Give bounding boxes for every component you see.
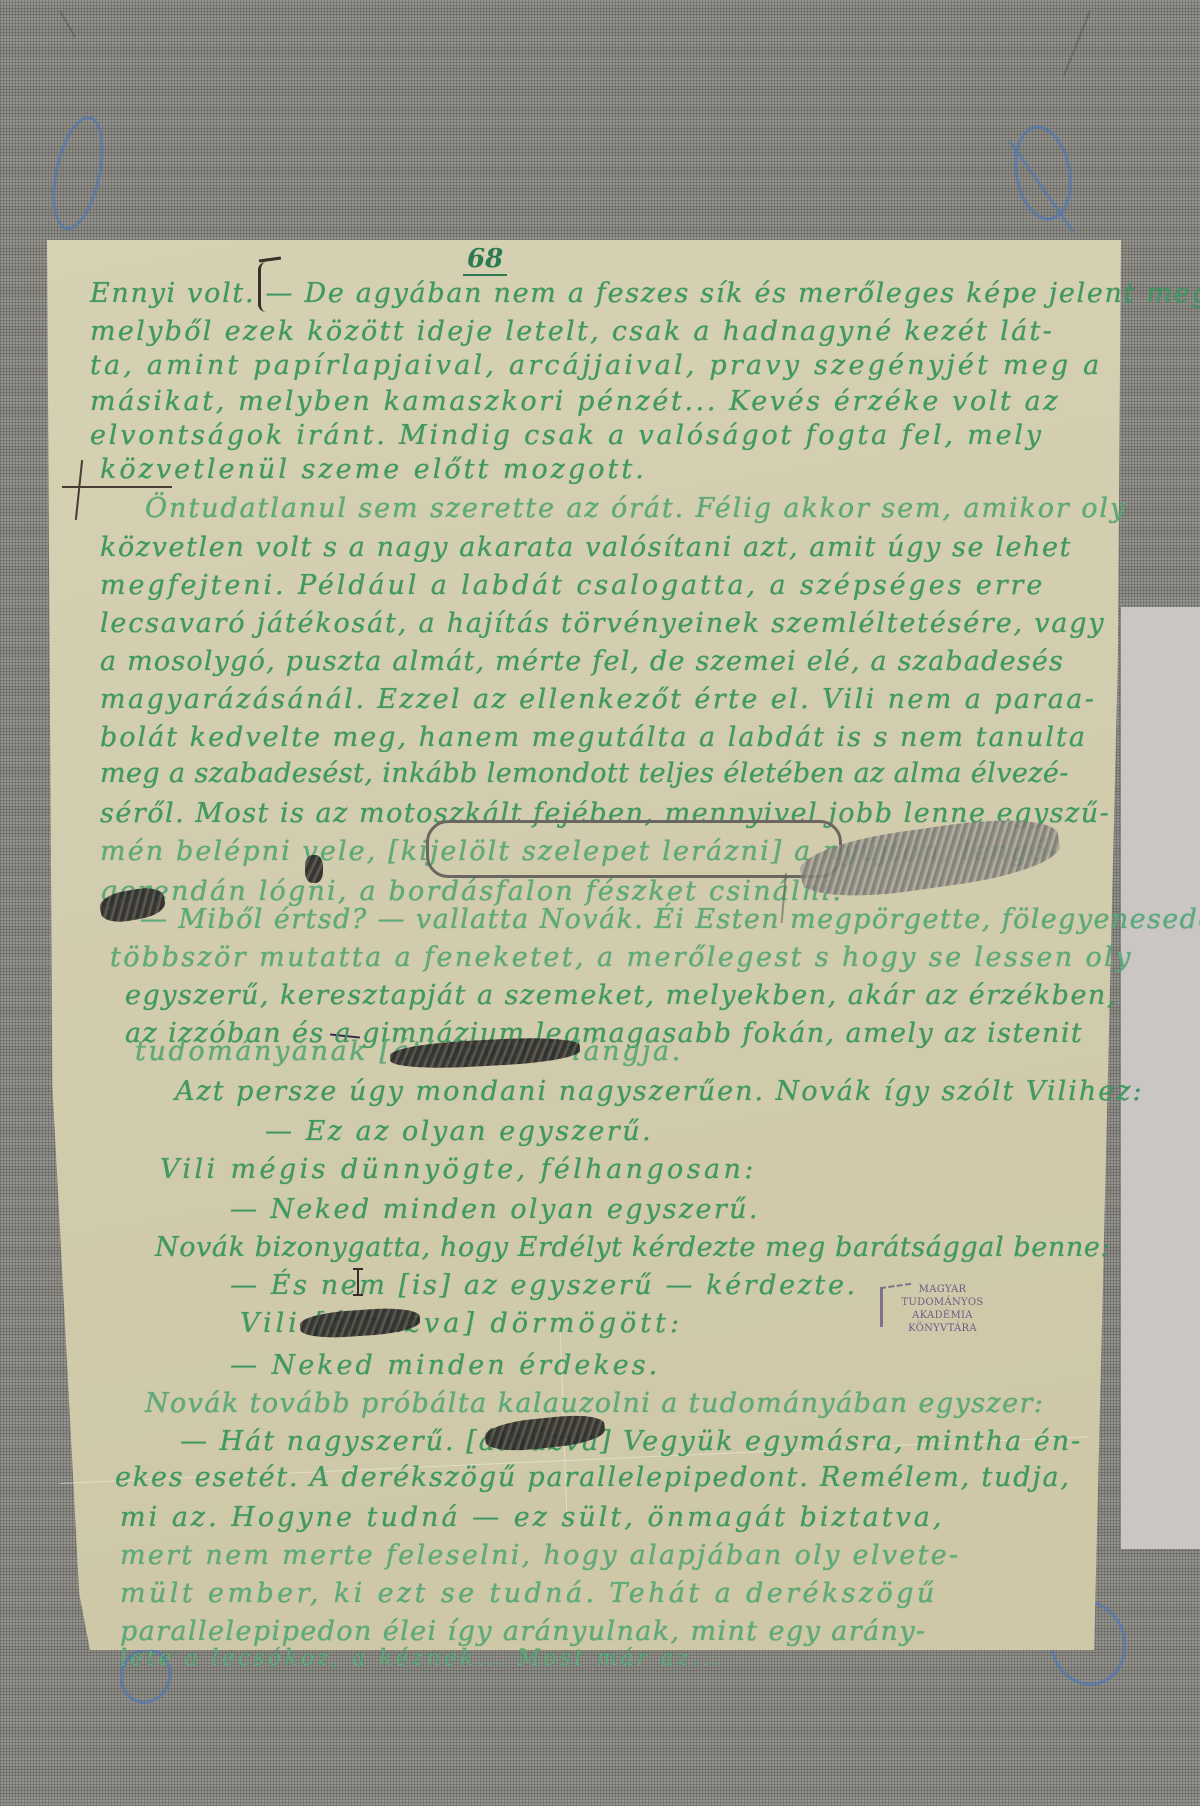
manuscript-line: — Neked minden olyan egyszerű. [230,1196,760,1223]
circled-phrase-mark [426,820,842,878]
manuscript-line: bolát kedvelte meg, hanem megutálta a la… [100,724,1087,751]
manuscript-line: közvetlenül szeme előtt mozgott. [100,456,647,483]
manuscript-line: — És nem [is] az egyszerű — kérdezte. [230,1272,858,1299]
manuscript-line: Azt persze úgy mondani nagyszerűen. Nová… [175,1078,1144,1105]
manuscript-line: Öntudatlanul sem szerette az órát. Félig… [145,495,1127,522]
manuscript-line: lecsavaró játékosát, a hajítás törvényei… [100,610,1105,637]
manuscript-line: másikat, melyben kamaszkori pénzét... Ke… [90,388,1060,415]
manuscript-line: lete a lecsókoz, a kéznek... Most már az… [120,1648,722,1670]
blue-pencil-mark [1007,121,1079,225]
stamp-line: TUDOMÁNYOS AKADÉMIA [880,1296,1005,1322]
manuscript-line: magyarázásánál. Ezzel az ellenkezőt érte… [100,686,1096,713]
manuscript-line: — Ez az olyan egyszerű. [265,1118,653,1145]
pencil-mark [1063,11,1091,77]
manuscript-line: Ennyi volt. — De agyában nem a feszes sí… [90,280,1200,307]
manuscript-line: ta, amint papírlapjaival, arcájjaival, p… [90,352,1102,379]
manuscript-line: — Miből értsd? — vallatta Novák. Éi Este… [140,906,1200,933]
manuscript-line: Novák bizonygatta, hogy Erdélyt kérdezte… [155,1234,1110,1261]
manuscript-line: parallelepipedon élei így arányulnak, mi… [120,1618,927,1645]
stamp-line: KÖNYVTÁRA [880,1322,1005,1335]
stamp-line: MAGYAR [880,1283,1005,1296]
manuscript-line: mi az. Hogyne tudná — ez sült, önmagát b… [120,1504,944,1531]
blue-pencil-mark [43,111,112,234]
manuscript-line: — Hát nagyszerű. [áthúzva] Vegyük egymás… [180,1428,1082,1455]
manuscript-line: mert nem merte feleselni, hogy alapjában… [120,1542,960,1569]
manuscript-line: Novák tovább próbálta kalauzolni a tudom… [145,1390,1044,1417]
library-stamp: MAGYAR TUDOMÁNYOS AKADÉMIA KÖNYVTÁRA [880,1283,1005,1325]
manuscript-line: mült ember, ki ezt se tudná. Tehát a der… [120,1580,938,1607]
manuscript-line: melyből ezek között ideje letelt, csak a… [90,318,1054,345]
manuscript-line: többször mutatta a feneketet, a merőlege… [110,944,1133,971]
manuscript-line: Vili mégis dünnyögte, félhangosan: [160,1156,757,1183]
manuscript-line: gerendán lógni, a bordásfalon fészket cs… [100,878,843,905]
page-number: 68 [463,244,507,276]
scribbled-out-text [305,855,323,883]
insertion-mark [353,1268,363,1296]
manuscript-line: egyszerű, keresztapját a szemeket, melye… [125,982,1117,1009]
pencil-mark [59,11,76,38]
manuscript-line: megfejteni. Például a labdát csalogatta,… [100,572,1045,599]
manuscript-line: meg a szabadesést, inkább lemondott telj… [100,760,1069,787]
manuscript-line: ekes esetét. A derékszögű parallelepiped… [115,1464,1071,1491]
manuscript-line: közvetlen volt s a nagy akarata valósíta… [100,534,1072,561]
manuscript-line: a mosolygó, puszta almát, mérte fel, de … [100,648,1064,675]
manuscript-line: elvontságok iránt. Mindig csak a valóság… [90,422,1044,449]
manuscript-line: — Neked minden érdekes. [230,1352,660,1379]
